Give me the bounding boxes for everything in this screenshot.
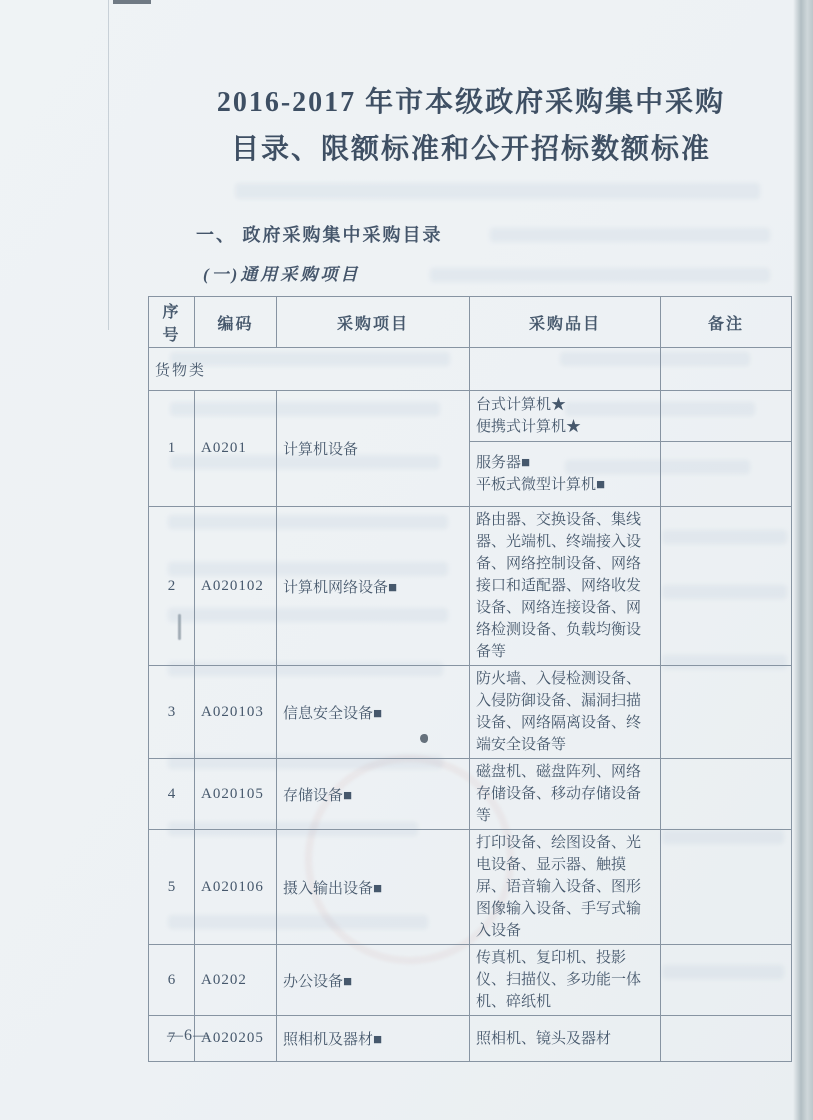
section-heading: 一、 政府采购集中采购目录 [196, 221, 443, 247]
row-code: A020105 [195, 759, 277, 830]
row-project: 照相机及器材■ [277, 1016, 470, 1062]
row-items: 服务器■ 平板式微型计算机■ [470, 442, 661, 507]
table-row: 3 A020103 信息安全设备■ 防火墙、入侵检测设备、入侵防御设备、漏洞扫描… [149, 666, 792, 759]
category-note-cell [661, 348, 792, 391]
scanned-page: 2016-2017 年市本级政府采购集中采购 目录、限额标准和公开招标数额标准 … [0, 0, 813, 1120]
row-no: 1 [149, 391, 195, 507]
table-row: 2 A020102 计算机网络设备■ 路由器、交换设备、集线器、光端机、终端接入… [149, 507, 792, 666]
category-items-cell [470, 348, 661, 391]
row-code: A020106 [195, 830, 277, 945]
scan-corner-mark [113, 0, 151, 4]
table-row: 7 A020205 照相机及器材■ 照相机、镜头及器材 [149, 1016, 792, 1062]
row-project: 计算机设备 [277, 391, 470, 507]
row-items: 磁盘机、磁盘阵列、网络存储设备、移动存储设备等 [470, 759, 661, 830]
row-items: 传真机、复印机、投影仪、扫描仪、多功能一体机、碎纸机 [470, 945, 661, 1016]
table-row: 4 A020105 存储设备■ 磁盘机、磁盘阵列、网络存储设备、移动存储设备等 [149, 759, 792, 830]
row-note [661, 442, 792, 507]
row-note [661, 945, 792, 1016]
document-title-line1: 2016-2017 年市本级政府采购集中采购 [148, 86, 794, 120]
row-note [661, 666, 792, 759]
procurement-catalog-table: 序号 编码 采购项目 采购品目 备注 货物类 1 A0201 计算机设备 台式计… [148, 296, 792, 1062]
header-no: 序号 [149, 297, 195, 348]
header-note: 备注 [661, 297, 792, 348]
row-no: 5 [149, 830, 195, 945]
row-no: 4 [149, 759, 195, 830]
row-project: 办公设备■ [277, 945, 470, 1016]
row-note [661, 1016, 792, 1062]
row-items: 台式计算机★ 便携式计算机★ [470, 391, 661, 442]
row-items: 打印设备、绘图设备、光电设备、显示器、触摸屏、语音输入设备、图形图像输入设备、手… [470, 830, 661, 945]
scan-fold-line [108, 0, 109, 330]
header-items: 采购品目 [470, 297, 661, 348]
document-title-line2: 目录、限额标准和公开招标数额标准 [148, 133, 794, 167]
row-note [661, 830, 792, 945]
table-row: 1 A0201 计算机设备 台式计算机★ 便携式计算机★ [149, 391, 792, 442]
row-no: 3 [149, 666, 195, 759]
table-row: 6 A0202 办公设备■ 传真机、复印机、投影仪、扫描仪、多功能一体机、碎纸机 [149, 945, 792, 1016]
header-code: 编码 [195, 297, 277, 348]
category-row: 货物类 [149, 348, 792, 391]
row-no: 2 [149, 507, 195, 666]
row-note [661, 759, 792, 830]
row-code: A0201 [195, 391, 277, 507]
row-code: A020103 [195, 666, 277, 759]
row-code: A0202 [195, 945, 277, 1016]
row-project: 摄入输出设备■ [277, 830, 470, 945]
table-row: 5 A020106 摄入输出设备■ 打印设备、绘图设备、光电设备、显示器、触摸屏… [149, 830, 792, 945]
page-number: —6— [167, 1027, 210, 1045]
table-header-row: 序号 编码 采购项目 采购品目 备注 [149, 297, 792, 348]
row-project: 存储设备■ [277, 759, 470, 830]
row-no: 6 [149, 945, 195, 1016]
row-note [661, 507, 792, 666]
scan-edge-shadow [793, 0, 813, 1120]
row-note [661, 391, 792, 442]
row-items: 路由器、交换设备、集线器、光端机、终端接入设备、网络控制设备、网络接口和适配器、… [470, 507, 661, 666]
row-project: 信息安全设备■ [277, 666, 470, 759]
row-code: A020102 [195, 507, 277, 666]
category-label: 货物类 [149, 348, 470, 391]
row-items: 照相机、镜头及器材 [470, 1016, 661, 1062]
row-items: 防火墙、入侵检测设备、入侵防御设备、漏洞扫描设备、网络隔离设备、终端安全设备等 [470, 666, 661, 759]
row-project: 计算机网络设备■ [277, 507, 470, 666]
sub-heading: (一)通用采购项目 [203, 260, 360, 285]
header-project: 采购项目 [277, 297, 470, 348]
